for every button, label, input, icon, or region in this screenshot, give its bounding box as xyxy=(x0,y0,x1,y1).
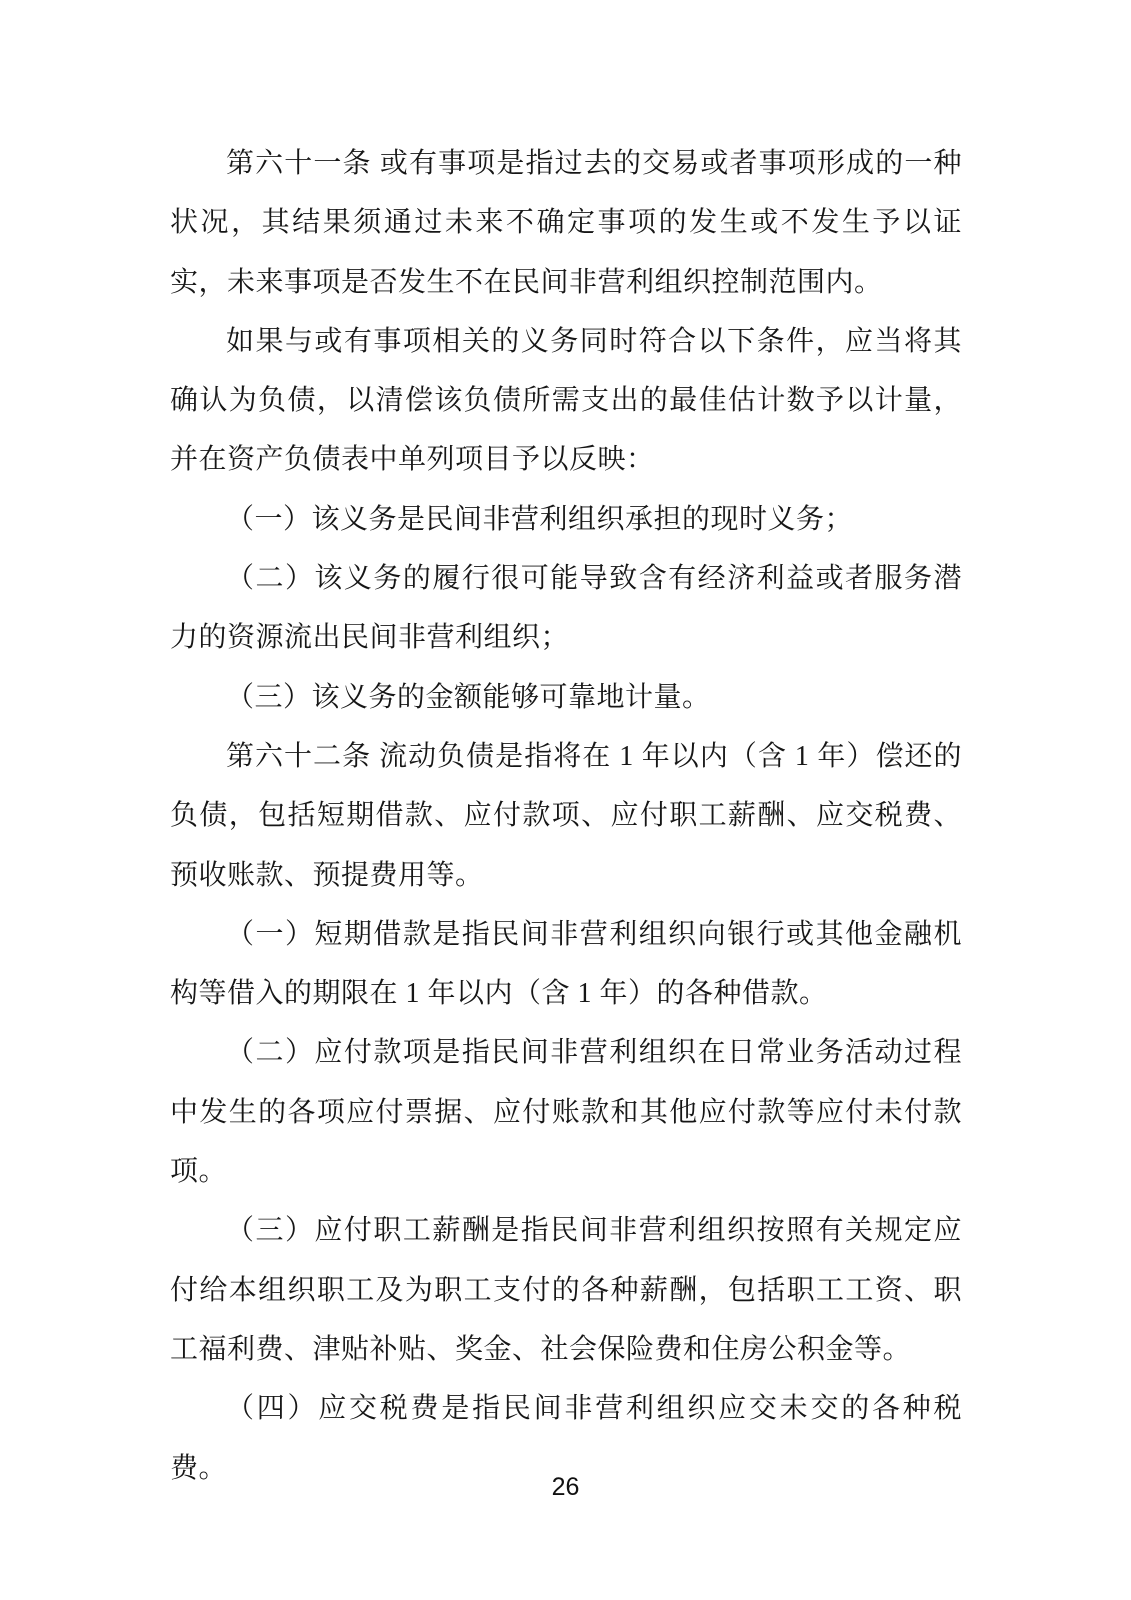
paragraph-short-term-borrowings-definition: （一）短期借款是指民间非营利组织向银行或其他金融机构等借入的期限在 1 年以内（… xyxy=(170,905,962,1024)
paragraph-condition-item-3: （三）该义务的金额能够可靠地计量。 xyxy=(170,668,962,727)
paragraph-article-62: 第六十二条 流动负债是指将在 1 年以内（含 1 年）偿还的负债，包括短期借款、… xyxy=(170,727,962,905)
paragraph-article-61: 第六十一条 或有事项是指过去的交易或者事项形成的一种状况，其结果须通过未来不确定… xyxy=(170,134,962,312)
paragraph-condition-item-2: （二）该义务的履行很可能导致含有经济利益或者服务潜力的资源流出民间非营利组织； xyxy=(170,549,962,668)
document-body: 第六十一条 或有事项是指过去的交易或者事项形成的一种状况，其结果须通过未来不确定… xyxy=(170,134,962,1498)
paragraph-liability-recognition-conditions: 如果与或有事项相关的义务同时符合以下条件，应当将其确认为负债，以清偿该负债所需支… xyxy=(170,312,962,490)
page-number: 26 xyxy=(0,1473,1131,1502)
paragraph-payroll-payable-definition: （三）应付职工薪酬是指民间非营利组织按照有关规定应付给本组织职工及为职工支付的各… xyxy=(170,1201,962,1379)
document-page: 第六十一条 或有事项是指过去的交易或者事项形成的一种状况，其结果须通过未来不确定… xyxy=(0,0,1131,1600)
paragraph-payables-definition: （二）应付款项是指民间非营利组织在日常业务活动过程中发生的各项应付票据、应付账款… xyxy=(170,1023,962,1201)
paragraph-condition-item-1: （一）该义务是民间非营利组织承担的现时义务； xyxy=(170,490,962,549)
